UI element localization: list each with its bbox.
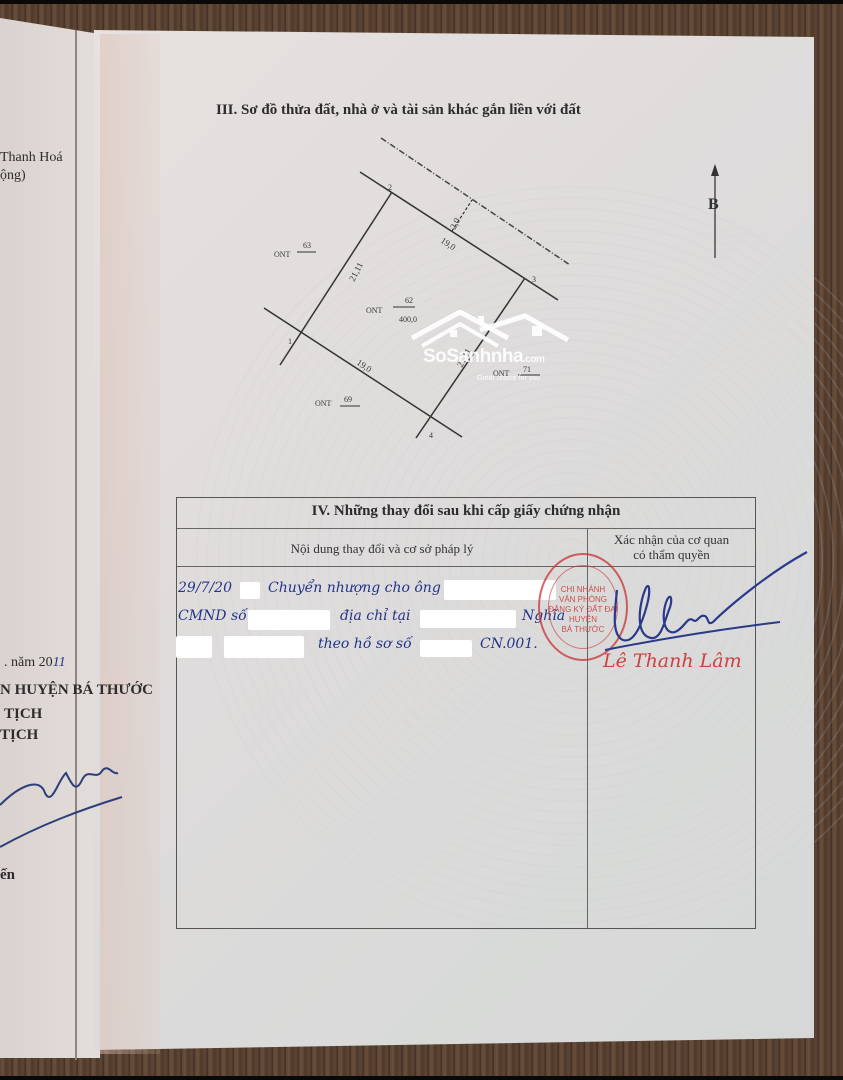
left-page-title-2: TỊCH <box>0 727 38 744</box>
vertex-4: 4 <box>429 431 433 440</box>
changes-table: IV. Những thay đổi sau khi cấp giấy chứn… <box>176 497 756 929</box>
svg-text:ONT: ONT <box>366 306 383 315</box>
entry-line2-mid: địa chỉ tại <box>340 608 410 624</box>
left-page-title-1: TỊCH <box>4 706 42 723</box>
vertex-1: 1 <box>288 337 292 346</box>
section-3-title: III. Sơ đồ thửa đất, nhà ở và tài sản kh… <box>216 102 581 119</box>
parcel-map: 2 3 1 4 2,0 19,0 19,0 21,11 21,11 ONT 63… <box>250 130 580 450</box>
svg-text:69: 69 <box>344 395 352 404</box>
svg-text:62: 62 <box>405 296 413 305</box>
north-label: B <box>708 196 719 214</box>
vertex-2: 2 <box>388 183 392 192</box>
redaction <box>420 640 472 657</box>
entry-date: 29/7/20 <box>178 580 232 596</box>
vertex-3: 3 <box>532 275 536 284</box>
svg-text:ONT: ONT <box>315 399 332 408</box>
bottom-edge <box>0 1076 843 1080</box>
svg-text:400,0: 400,0 <box>399 315 417 324</box>
left-page-address: Thanh Hoá <box>0 150 63 166</box>
top-edge <box>0 0 843 4</box>
redaction <box>420 610 516 628</box>
signer-name: Lê Thanh Lâm <box>603 650 742 672</box>
edge-left-label: 21,11 <box>347 261 365 283</box>
column-header-content: Nội dung thay đổi và cơ sở pháp lý <box>177 541 587 557</box>
svg-text:63: 63 <box>303 241 311 250</box>
column-header-confirmation: Xác nhận của cơ quan có thẩm quyền <box>588 532 755 562</box>
section-4-title: IV. Những thay đổi sau khi cấp giấy chứn… <box>177 503 755 520</box>
entry-line2-prefix: CMND số <box>178 608 247 624</box>
redaction <box>224 636 304 658</box>
edge-bottom-label: 19,0 <box>355 357 374 374</box>
entry-line1-text: Chuyển nhượng cho ông <box>268 580 441 596</box>
left-page-name: ến <box>0 867 15 884</box>
left-page-date: . năm 2011 <box>4 655 66 671</box>
page-tint-strip <box>100 34 160 1054</box>
edge-top-label: 19,0 <box>439 235 458 252</box>
redaction <box>240 582 260 599</box>
redaction <box>248 610 330 630</box>
entry-line3-suffix: CN.001. <box>480 636 538 652</box>
svg-text:ONT: ONT <box>274 250 291 259</box>
page-fold <box>75 30 77 1060</box>
redaction <box>176 636 212 658</box>
left-page-authority: N HUYỆN BÁ THƯỚC <box>0 682 153 699</box>
left-page-address-2: ộng) <box>0 168 26 184</box>
watermark-brand: SoSanhnha.com <box>423 346 544 368</box>
watermark-tagline: Great choice for you <box>477 375 540 382</box>
official-stamp: CHI NHÁNH VĂN PHÒNG ĐĂNG KÝ ĐẤT ĐAI HUYỆ… <box>538 553 628 661</box>
entry-line3-text: theo hồ sơ số <box>318 636 412 652</box>
